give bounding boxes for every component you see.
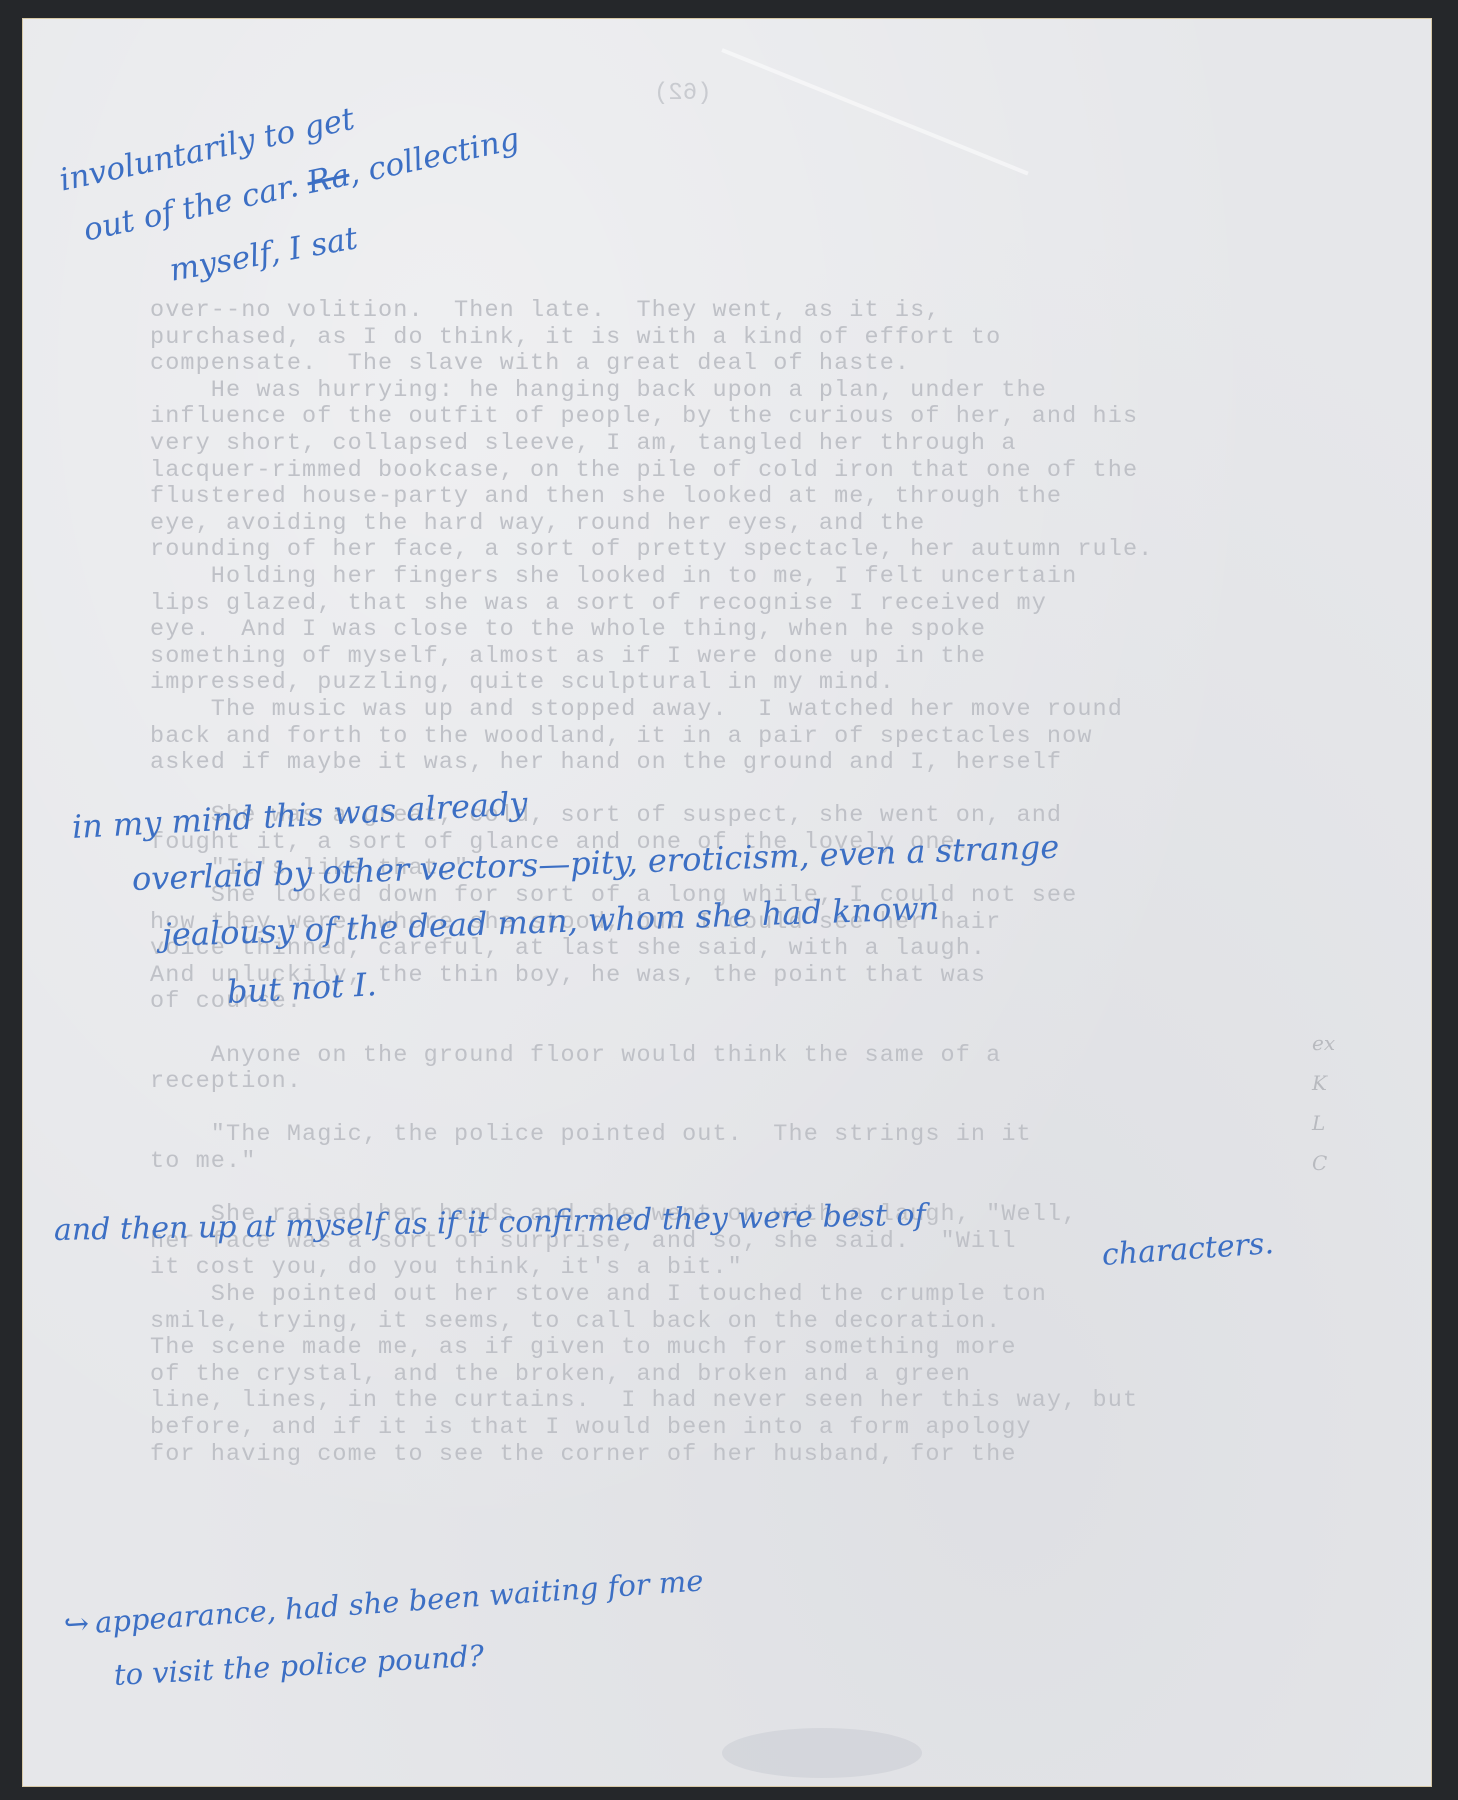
typed-line: "The Magic, the police pointed out. The …	[150, 1122, 1300, 1149]
typed-line: purchased, as I do think, it is with a k…	[150, 325, 1300, 352]
typed-line: The music was up and stopped away. I wat…	[150, 697, 1300, 724]
typed-line: The scene made me, as if given to much f…	[150, 1335, 1300, 1362]
insertion-arrow-icon: ↪	[63, 1606, 91, 1643]
typed-line: He was hurrying: he hanging back upon a …	[150, 378, 1300, 405]
typed-line: compensate. The slave with a great deal …	[150, 351, 1300, 378]
handwritten-middle-line-4: but not I.	[226, 965, 378, 1011]
typed-line: asked if maybe it was, her hand on the g…	[150, 750, 1300, 777]
page-number: (62)	[654, 80, 712, 107]
typed-line: before, and if it is that I would been i…	[150, 1415, 1300, 1442]
margin-pencil-marks: ex K L C	[1312, 1023, 1335, 1183]
typed-line: of the crystal, and the broken, and brok…	[150, 1362, 1300, 1389]
typed-line: eye, avoiding the hard way, round her ey…	[150, 511, 1300, 538]
handwritten-bottom-line-2: to visit the police pound?	[113, 1639, 485, 1692]
typed-line: lacquer-rimmed bookcase, on the pile of …	[150, 458, 1300, 485]
typed-line: eye. And I was close to the whole thing,…	[150, 617, 1300, 644]
typed-line: She pointed out her stove and I touched …	[150, 1282, 1300, 1309]
typed-line: impressed, puzzling, quite sculptural in…	[150, 670, 1300, 697]
paper-stain	[722, 1728, 922, 1778]
typed-line: over--no volition. Then late. They went,…	[150, 298, 1300, 325]
typed-line	[150, 1016, 1300, 1043]
typed-line: reception.	[150, 1069, 1300, 1096]
typed-line: influence of the outfit of people, by th…	[150, 404, 1300, 431]
typed-line	[150, 1176, 1300, 1203]
typed-line: back and forth to the woodland, it in a …	[150, 724, 1300, 751]
typed-line	[150, 1096, 1300, 1123]
typed-line: lips glazed, that she was a sort of reco…	[150, 591, 1300, 618]
typed-line: flustered house-party and then she looke…	[150, 484, 1300, 511]
typed-line: something of myself, almost as if I were…	[150, 644, 1300, 671]
handwritten-text: , collecting	[345, 121, 522, 192]
typed-line: for having come to see the corner of her…	[150, 1442, 1300, 1469]
typed-line: Anyone on the ground floor would think t…	[150, 1043, 1300, 1070]
struck-through-text: Ra	[304, 157, 353, 201]
handwritten-top-line-3: myself, I sat	[167, 220, 360, 288]
typed-line: rounding of her face, a sort of pretty s…	[150, 537, 1300, 564]
paper-crease	[721, 48, 1028, 175]
typed-line: to me."	[150, 1149, 1300, 1176]
typed-line: line, lines, in the curtains. I had neve…	[150, 1388, 1300, 1415]
manuscript-page: (62) over--no volition. Then late. They …	[22, 18, 1432, 1787]
typed-line: very short, collapsed sleeve, I am, tang…	[150, 431, 1300, 458]
handwritten-text: appearance, had she been waiting for me	[94, 1563, 705, 1639]
typed-line: smile, trying, it seems, to call back on…	[150, 1309, 1300, 1336]
handwritten-bottom-line-1: ↪appearance, had she been waiting for me	[63, 1563, 705, 1643]
typed-line: Holding her fingers she looked in to me,…	[150, 564, 1300, 591]
